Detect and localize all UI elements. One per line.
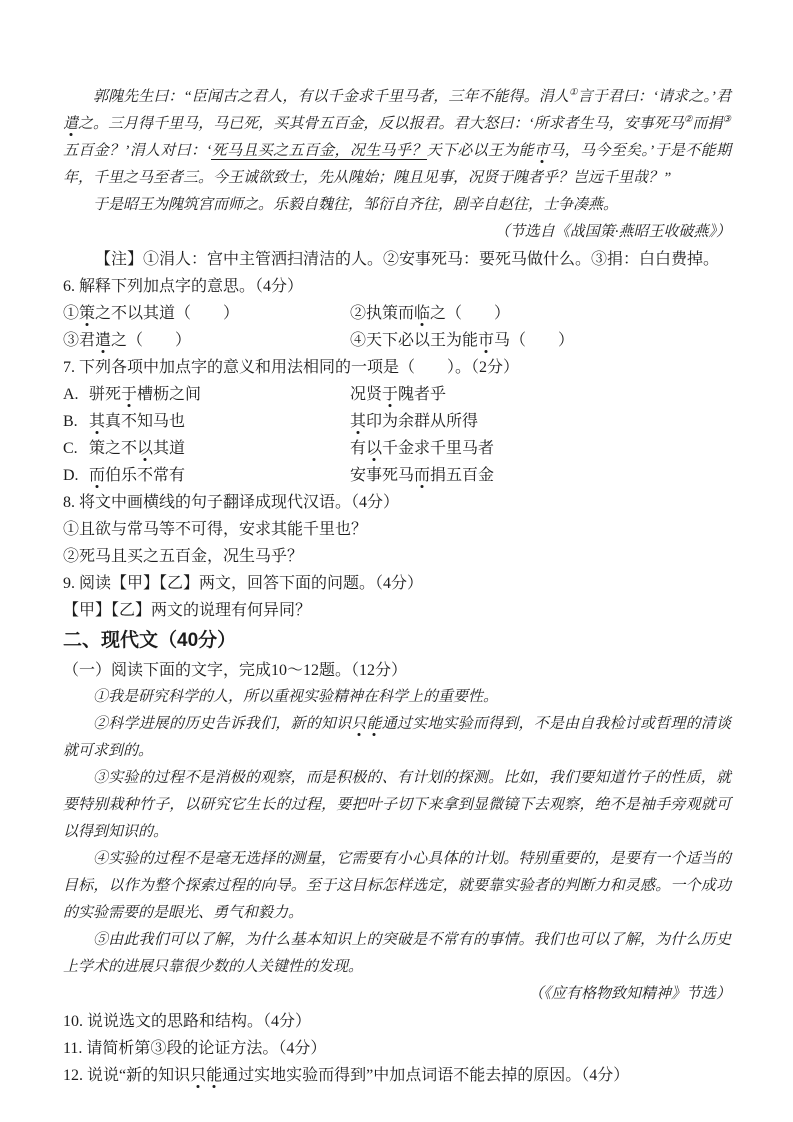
dotted-words: 只能	[190, 1067, 222, 1084]
modern-paragraph-4: ④实验的过程不是毫无选择的测量，它需要有小心具体的计划。特别重要的，是要有一个适…	[63, 846, 731, 927]
question-7-option-c: C.策之不以其道 有以千金求千里马者	[63, 435, 731, 462]
item-text: 之不以其道（ ）	[95, 305, 239, 322]
option-text: 况贤	[350, 386, 382, 403]
paragraph-segment: ②科学进展的历史告诉我们，新的知识	[93, 716, 351, 732]
emphasized-char: 于	[121, 386, 137, 403]
option-right: 安事死马而捐五百金	[350, 462, 731, 489]
question-6-row-2: ③君遣之（ ） ④天下必以王为能市马（ ）	[63, 327, 731, 354]
modern-source-line: （《应有格物致知精神》节选）	[63, 981, 731, 1008]
modern-paragraph-2: ②科学进展的历史告诉我们，新的知识只能通过实地实验而得到，不是由自我检讨或哲理的…	[63, 711, 731, 765]
dotted-char: 其	[350, 413, 366, 430]
option-text: 真不知马也	[105, 413, 185, 430]
emphasized-char: 临	[414, 305, 430, 322]
question-10: 10. 说说选文的思路和结构。（4分）	[63, 1008, 731, 1035]
question-7-title: 7. 下列各项中加点字的意义和用法相同的一项是（ ）。（2分）	[63, 354, 731, 381]
option-text: 安事死马	[350, 467, 414, 484]
question-6-item-3: ③君遣之（ ）	[63, 327, 350, 354]
question-11: 11. 请简析第③段的论证方法。（4分）	[63, 1035, 731, 1062]
dotted-char: 市	[478, 332, 494, 349]
dotted-char: 以	[137, 440, 153, 457]
question-9-title: 9. 阅读【甲】【乙】两文，回答下面的问题。（4分）	[63, 570, 731, 597]
emphasized-char: 只	[351, 716, 366, 732]
dotted-char: 于	[121, 386, 137, 403]
option-left: A.骈死于槽枥之间	[63, 381, 350, 408]
question-7-option-a: A.骈死于槽枥之间 况贤于隗者乎	[63, 381, 731, 408]
dotted-char: 于	[382, 386, 398, 403]
option-left: C.策之不以其道	[63, 435, 350, 462]
footnotes-line: 【注】①涓人：宫中主管洒扫清洁的人。②安事死马：要死马做什么。③捐：白白费掉。	[63, 246, 731, 273]
question-9-subquestion: 【甲】【乙】两文的说理有何异同？	[63, 597, 731, 624]
option-text: 印为余群从所得	[366, 413, 478, 430]
dotted-char: 以	[366, 440, 382, 457]
footnote-marker-1: ①	[569, 88, 578, 98]
option-right: 有以千金求千里马者	[350, 435, 731, 462]
option-label: C.	[63, 435, 89, 462]
emphasized-char: 遣	[95, 332, 111, 349]
exam-page: 郭隗先生曰：“臣闻古之君人，有以千金求千里马者，三年不能得。涓人①言于君曰：‘请…	[0, 0, 793, 1122]
option-text: 伯乐不常有	[105, 467, 185, 484]
question-6-title: 6. 解释下列加点字的意思。（4分）	[63, 273, 731, 300]
emphasized-char: 以	[366, 440, 382, 457]
option-text: 隗者乎	[398, 386, 446, 403]
section-2-intro: （一）阅读下面的文字，完成10～12题。（12分）	[63, 657, 731, 684]
item-text: ①	[63, 305, 79, 322]
emphasized-char: 遣	[63, 116, 78, 132]
passage-segment: 之。三月得千里马，马已死，买其骨五百金，反以报君。君大怒曰：‘所求者生马，安事死…	[78, 116, 684, 132]
dotted-char: 其	[89, 413, 105, 430]
emphasized-char: 只	[190, 1067, 206, 1084]
dotted-char: 遣	[63, 116, 78, 132]
option-text: 策之不	[89, 440, 137, 457]
footnote-marker-3: ③	[722, 115, 731, 125]
question-6-item-2: ②执策而临之（ ）	[350, 300, 731, 327]
emphasized-char: 策	[79, 305, 95, 322]
question-6-item-1: ①策之不以其道（ ）	[63, 300, 350, 327]
emphasized-char: 能	[206, 1067, 222, 1084]
passage-segment: 而捐	[692, 116, 722, 132]
section-2-heading: 二、现代文（40分）	[63, 625, 731, 656]
option-text: 有	[350, 440, 366, 457]
option-left: B.其真不知马也	[63, 408, 350, 435]
modern-paragraph-3: ③实验的过程不是消极的观察，而是积极的、有计划的探测。比如，我们要知道竹子的性质…	[63, 765, 731, 846]
option-label: D.	[63, 462, 89, 489]
option-right: 况贤于隗者乎	[350, 381, 731, 408]
question-6-row-1: ①策之不以其道（ ） ②执策而临之（ ）	[63, 300, 731, 327]
item-text: ②执策而	[350, 305, 414, 322]
option-text: 捐五百金	[430, 467, 494, 484]
emphasized-char: 其	[89, 413, 105, 430]
emphasized-char: 能	[367, 716, 382, 732]
classical-source-line: （节选自《战国策·燕昭王收破燕》）	[63, 219, 731, 246]
dotted-char: 而	[89, 467, 105, 484]
emphasized-char: 而	[89, 467, 105, 484]
classical-passage-paragraph-2: 于是昭王为隗筑宫而师之。乐毅自魏往，邹衍自齐往，剧辛自赵往，士争凑燕。	[63, 192, 731, 219]
option-left: D.而伯乐不常有	[63, 462, 350, 489]
passage-segment: 郭隗先生曰：“臣闻古之君人，有以千金求千里马者，三年不能得。涓人	[93, 89, 569, 105]
item-text: 之（ ）	[111, 332, 191, 349]
question-segment: 12. 说说“新的知识	[63, 1067, 190, 1084]
passage-segment: 五百金？’涓人对曰：‘	[63, 143, 211, 159]
question-7-option-b: B.其真不知马也 其印为余群从所得	[63, 408, 731, 435]
passage-segment: 天下必以王为能	[427, 143, 534, 159]
option-label: B.	[63, 408, 89, 435]
underlined-sentence: 死马且买之五百金，况生马乎？	[211, 143, 426, 160]
item-text: 马（ ）	[494, 332, 574, 349]
emphasized-char: 而	[414, 467, 430, 484]
dotted-char: 临	[414, 305, 430, 322]
option-text: 千金求千里马者	[382, 440, 494, 457]
passage-segment: 言于君曰：‘请求之。’君	[578, 89, 731, 105]
option-text: 其道	[153, 440, 185, 457]
emphasized-char: 以	[137, 440, 153, 457]
emphasized-char: 其	[350, 413, 366, 430]
emphasized-char: 于	[382, 386, 398, 403]
option-text: 槽枥之间	[137, 386, 201, 403]
question-8-title: 8. 将文中画横线的句子翻译成现代汉语。（4分）	[63, 489, 731, 516]
question-7-option-d: D.而伯乐不常有 安事死马而捐五百金	[63, 462, 731, 489]
option-right: 其印为余群从所得	[350, 408, 731, 435]
emphasized-char: 市	[478, 332, 494, 349]
dotted-words: 只能	[351, 716, 381, 732]
option-text: 骈死	[89, 386, 121, 403]
dotted-char: 市	[534, 143, 549, 159]
dotted-char: 遣	[95, 332, 111, 349]
modern-paragraph-5: ⑤由此我们可以了解，为什么基本知识上的突破是不常有的事情。我们也可以了解，为什么…	[63, 927, 731, 981]
dotted-char: 而	[414, 467, 430, 484]
option-label: A.	[63, 381, 89, 408]
question-6-item-4: ④天下必以王为能市马（ ）	[350, 327, 731, 354]
modern-paragraph-1: ①我是研究科学的人，所以重视实验精神在科学上的重要性。	[63, 684, 731, 711]
emphasized-char: 市	[534, 143, 549, 159]
item-text: ③君	[63, 332, 95, 349]
dotted-char: 策	[79, 305, 95, 322]
question-8-sentence-1: ①且欲与常马等不可得，安求其能千里也？	[63, 516, 731, 543]
question-12: 12. 说说“新的知识只能通过实地实验而得到”中加点词语不能去掉的原因。（4分）	[63, 1062, 731, 1089]
item-text: ④天下必以王为能	[350, 332, 478, 349]
item-text: 之（ ）	[430, 305, 510, 322]
question-8-sentence-2: ②死马且买之五百金，况生马乎？	[63, 543, 731, 570]
classical-passage-paragraph-1: 郭隗先生曰：“臣闻古之君人，有以千金求千里马者，三年不能得。涓人①言于君曰：‘请…	[63, 84, 731, 192]
question-segment: 通过实地实验而得到”中加点词语不能去掉的原因。（4分）	[222, 1067, 629, 1084]
